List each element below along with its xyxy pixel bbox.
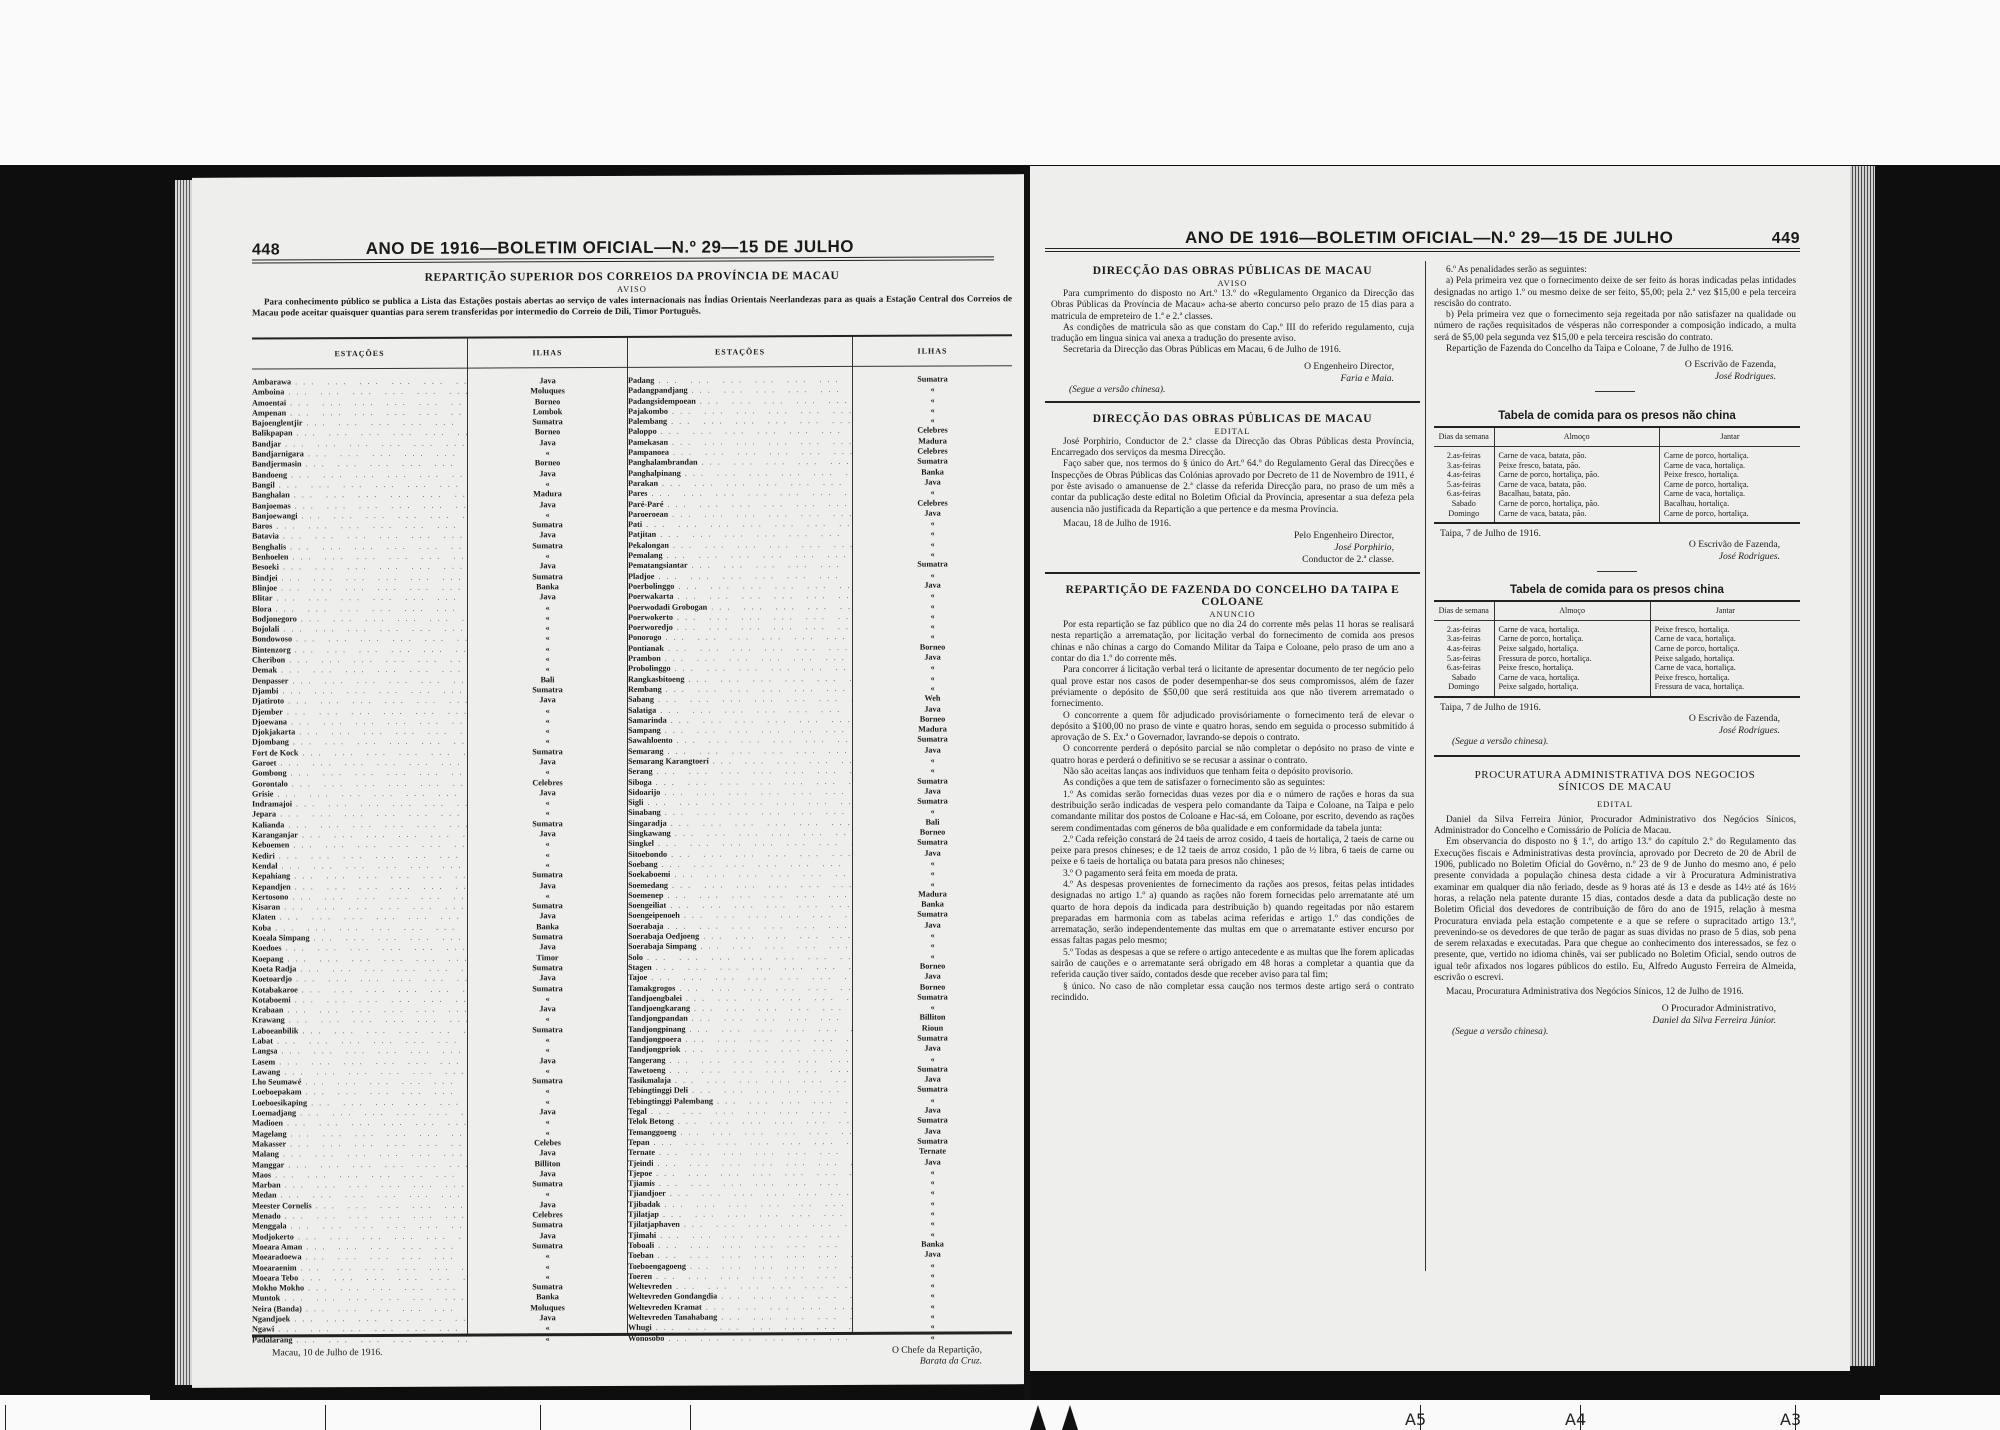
station-name: Bodjonegoro xyxy=(252,614,297,624)
station-name: Sinabang xyxy=(628,808,661,818)
table-title-nao-china: Tabela de comida para os presos não chin… xyxy=(1434,410,1800,422)
island-name: Madura xyxy=(853,889,1012,900)
paragraph: Macau, Procuratura Administrativa dos Ne… xyxy=(1434,987,1796,998)
paragraph: José Porphirio, Conductor de 2.ª classe … xyxy=(1051,437,1414,460)
island-name: « xyxy=(468,891,627,902)
leader-dots: ... ... ... ... ... ... ... xyxy=(296,1108,467,1119)
leader-dots: ... ... ... ... ... ... ... xyxy=(673,622,852,633)
footer-signature: O Chefe da Repartição, Barata da Cruz. xyxy=(892,1344,1012,1367)
table-row: 5.as-feirasCarne de vaca, batata, pão.Ca… xyxy=(1434,480,1800,490)
film-tick xyxy=(325,1405,326,1430)
station-name: Kisaran xyxy=(252,903,280,913)
island-name: « xyxy=(468,623,627,634)
island-name: « xyxy=(468,551,627,562)
page-number: 449 xyxy=(1772,230,1800,248)
leader-dots: ... ... ... ... ... ... ... xyxy=(690,1003,852,1014)
island-name: Sumatra xyxy=(468,983,627,994)
island-name: Sumatra xyxy=(468,747,627,758)
station-name: Bintenzorg xyxy=(252,645,291,655)
island-name: « xyxy=(468,850,627,861)
film-tick xyxy=(5,1405,6,1430)
station-name: Lho Seumawé xyxy=(252,1078,301,1089)
cell-day: Domingo xyxy=(1434,509,1494,524)
island-name: Java xyxy=(468,1200,627,1211)
island-name: « xyxy=(853,663,1012,674)
island-name: « xyxy=(853,683,1012,694)
station-name: Tandjongpoera xyxy=(628,1035,681,1046)
condition-6: 6.º As penalidades serão as seguintes: xyxy=(1434,265,1796,276)
table-row: SabadoCarne de vaca, hortaliça.Peixe fre… xyxy=(1434,673,1800,683)
film-frame-label: A4 xyxy=(1565,1410,1586,1429)
island-name: Celebres xyxy=(853,426,1012,437)
island-name: Java xyxy=(468,1056,627,1067)
cell-lunch: Peixe salgado, hortaliça. xyxy=(1494,682,1650,697)
station-name: Fort de Kock xyxy=(252,748,298,758)
table-row: 5.as-feirasFressura de porco, hortaliça.… xyxy=(1434,654,1800,664)
left-page: 448 ANO DE 1916—BOLETIM OFICIAL—N.º 29—1… xyxy=(192,174,1024,1388)
station-name: Paré-Paré xyxy=(628,499,663,509)
leader-dots: ... ... ... ... ... ... ... xyxy=(288,891,467,902)
station-name: Bindjei xyxy=(252,573,277,583)
station-name: Padang xyxy=(628,376,654,386)
station-name: Gombong xyxy=(252,769,287,779)
leader-dots: ... ... ... ... ... ... ... xyxy=(707,601,852,612)
island-name: Java xyxy=(853,920,1012,931)
island-name: « xyxy=(468,1189,627,1200)
station-name: Soerabaja Simpang xyxy=(628,942,696,953)
leader-dots: ... ... ... ... ... ... ... xyxy=(302,1087,467,1098)
island-name: Borneo xyxy=(853,642,1012,653)
station-name: Sampang xyxy=(628,726,661,736)
divider xyxy=(1597,571,1637,572)
station-name: Salatiga xyxy=(628,705,656,715)
leader-dots: ... ... ... ... ... ... ... xyxy=(302,1303,467,1314)
table-date: Taipa, 7 de Julho de 1916. xyxy=(1440,528,1800,539)
island-name: Java xyxy=(468,469,627,480)
station-name: Modjokerto xyxy=(252,1232,294,1242)
island-name: « xyxy=(853,1177,1012,1188)
column-header-stations: ESTAÇÕES xyxy=(252,339,467,370)
right-page: ANO DE 1916—BOLETIM OFICIAL—N.º 29—15 DE… xyxy=(1030,166,1850,1371)
cell-dinner: Bacalhau, hortaliça. xyxy=(1659,499,1800,509)
station-name: Pampanoea xyxy=(628,448,669,458)
island-name: « xyxy=(853,1002,1012,1013)
island-name: « xyxy=(853,673,1012,684)
island-name: Java xyxy=(853,580,1012,591)
col-header-days: Dias da semana xyxy=(1434,427,1494,446)
station-name: Serang xyxy=(628,767,653,777)
station-name: Benghalis xyxy=(252,542,286,552)
leader-dots: ... ... ... ... ... ... ... xyxy=(304,449,467,460)
station-name: Madioen xyxy=(252,1119,283,1129)
paragraph: Não são aceitas lanças aos individuos qu… xyxy=(1051,767,1414,778)
station-name: Koba xyxy=(252,923,271,933)
leader-dots: ... ... ... ... ... ... ... xyxy=(681,468,852,479)
station-name: Soengeiliat xyxy=(628,901,666,911)
paragraph: O concorrente perderá o depósito parcial… xyxy=(1051,744,1414,767)
island-name: « xyxy=(468,716,627,727)
island-name: « xyxy=(468,994,627,1005)
leader-dots: ... ... ... ... ... ... ... xyxy=(295,727,467,738)
island-name: Java xyxy=(468,1004,627,1015)
leader-dots: ... ... ... ... ... ... ... xyxy=(702,1302,852,1313)
food-table-nao-china: Dias da semana Almoço Jantar 2.as-feiras… xyxy=(1434,426,1800,524)
leader-dots: ... ... ... ... ... ... ... xyxy=(302,459,467,470)
island-name: « xyxy=(853,590,1012,601)
station-name: Kotaboemi xyxy=(252,995,291,1005)
station-name: Menggala xyxy=(252,1222,287,1232)
station-name: Toeban xyxy=(628,1251,654,1261)
station-name: Loeboesikaping xyxy=(252,1098,307,1109)
station-name: Sabang xyxy=(628,695,654,705)
station-name: Paloppo xyxy=(628,427,657,437)
table-row: 2.as-feirasCarne de vaca, batata, pão.Ca… xyxy=(1434,446,1800,460)
signature-name: Daniel da Silva Ferreira Júnior. xyxy=(1434,1015,1776,1027)
cell-lunch: Peixe salgado, hortaliça. xyxy=(1494,644,1650,654)
station-name: Lasem xyxy=(252,1057,275,1067)
island-name: « xyxy=(468,736,627,747)
stations-column-1: ESTAÇÕES Ambarawa... ... ... ... ... ...… xyxy=(252,339,467,1335)
island-name: Java xyxy=(468,499,627,510)
running-head-right: ANO DE 1916—BOLETIM OFICIAL—N.º 29—15 DE… xyxy=(1045,226,1800,252)
cell-dinner: Peixe fresco, hortaliça. xyxy=(1650,620,1800,634)
stations-table: ESTAÇÕES Ambarawa... ... ... ... ... ...… xyxy=(252,334,1012,1337)
right-page-column-2: 6.º As penalidades serão as seguintes: a… xyxy=(1425,261,1800,1271)
station-name: Blitar xyxy=(252,594,272,604)
station-name: Soemedang xyxy=(628,880,668,890)
section-type: EDITAL xyxy=(1434,799,1796,809)
island-name: « xyxy=(468,1097,627,1108)
station-name: Tandjongpinang xyxy=(628,1024,686,1035)
fazenda-anuncio-continued: 6.º As penalidades serão as seguintes: a… xyxy=(1434,261,1800,398)
station-name: Besoeki xyxy=(252,563,279,573)
island-name: Banka xyxy=(468,582,627,593)
island-name: « xyxy=(853,766,1012,777)
island-name: Java xyxy=(468,911,627,922)
station-name: Probolinggo xyxy=(628,664,671,674)
islands-column-2: ILHAS Sumatra««««CelebresMaduraCelebresS… xyxy=(852,336,1012,1332)
film-tick xyxy=(540,1405,541,1430)
station-name: Poerwodadi Grobogan xyxy=(628,602,707,613)
island-name: Java xyxy=(853,1044,1012,1055)
cell-lunch: Peixe fresco, hortaliça. xyxy=(1494,663,1650,673)
island-name: Sumatra xyxy=(468,541,627,552)
station-name: Lawang xyxy=(252,1067,280,1077)
station-name: Pematangsiantar xyxy=(628,561,688,572)
station-name: Tandjongpandan xyxy=(628,1014,688,1025)
island-name: « xyxy=(853,529,1012,540)
section-type: AVISO xyxy=(1051,278,1414,288)
station-name: Tegal xyxy=(628,1107,647,1117)
cell-dinner: Peixe fresco, hortaliça. xyxy=(1659,470,1800,480)
station-name: Singkel xyxy=(628,839,654,849)
table-row: DomingoPeixe salgado, hortaliça.Fressura… xyxy=(1434,682,1800,697)
leader-dots: ... ... ... ... ... ... ... xyxy=(680,1219,852,1230)
island-name: Java xyxy=(853,1126,1012,1137)
station-name: Djoewana xyxy=(252,717,287,727)
station-name: Banjoemas xyxy=(252,501,291,511)
signature-name: Faria e Maia. xyxy=(1051,373,1394,385)
leader-dots: ... ... ... ... ... ... ... xyxy=(688,560,852,571)
station-name: Parakan xyxy=(628,479,658,489)
island-name: Celebes xyxy=(468,1138,627,1149)
station-name: Panghalpinang xyxy=(628,468,681,479)
leader-dots: ... ... ... ... ... ... ... xyxy=(307,1097,467,1108)
island-name: Java xyxy=(468,592,627,603)
leader-dots: ... ... ... ... ... ... ... xyxy=(310,933,467,944)
station-name: Tepan xyxy=(628,1138,650,1148)
island-name: Sumatra xyxy=(853,735,1012,746)
island-name: Sumatra xyxy=(853,1033,1012,1044)
island-name: Java xyxy=(853,704,1012,715)
leader-dots: ... ... ... ... ... ... ... xyxy=(298,830,467,841)
island-name: « xyxy=(853,539,1012,550)
leader-dots: ... ... ... ... ... ... ... xyxy=(289,840,467,851)
obras-publicas-edital: DIRECÇÃO DAS OBRAS PÚBLICAS DE MACAU EDI… xyxy=(1045,403,1420,574)
station-list: Ambarawa... ... ... ... ... ... ...Amboi… xyxy=(252,369,467,1346)
island-name: Java xyxy=(468,376,627,387)
island-name: « xyxy=(853,518,1012,529)
cell-lunch: Carne de vaca, batata, pão. xyxy=(1494,446,1659,460)
leader-dots: ... ... ... ... ... ... ... xyxy=(298,1272,467,1283)
island-name: Sumatra xyxy=(853,910,1012,921)
island-name: Java xyxy=(468,829,627,840)
island-name: Weh xyxy=(853,693,1012,704)
station-name: Poerwakarta xyxy=(628,592,673,602)
leader-dots: ... ... ... ... ... ... ... xyxy=(672,1281,852,1292)
island-name: Banka xyxy=(853,1239,1012,1250)
cell-day: 3.as-feiras xyxy=(1434,461,1494,471)
station-name: Tjepoe xyxy=(628,1169,652,1179)
island-name: « xyxy=(468,1086,627,1097)
leader-dots: ... ... ... ... ... ... ... xyxy=(699,931,852,942)
island-name: « xyxy=(468,839,627,850)
cell-day: 5.as-feiras xyxy=(1434,654,1494,664)
station-name: Ampenan xyxy=(252,408,286,418)
station-name: Kepandjen xyxy=(252,882,291,892)
island-name: Java xyxy=(853,1105,1012,1116)
station-name: Laboeanbilik xyxy=(252,1026,298,1036)
station-name: Cheribon xyxy=(252,655,285,665)
station-name: Paroeroean xyxy=(628,510,668,520)
signature-title: O Chefe da Repartição, xyxy=(892,1344,982,1355)
island-name: « xyxy=(853,1322,1012,1333)
cell-day: 6.as-feiras xyxy=(1434,489,1494,499)
page-edges-right xyxy=(1850,166,1875,1366)
col-header-dinner: Jantar xyxy=(1659,427,1800,446)
island-name: Java xyxy=(468,880,627,891)
table-date: Taipa, 7 de Julho de 1916. xyxy=(1440,702,1800,713)
station-name: Tawetoeng xyxy=(628,1066,665,1076)
station-name: Tjilatjaphaven xyxy=(628,1220,680,1231)
island-name: « xyxy=(853,858,1012,869)
station-name: Demak xyxy=(252,666,277,676)
island-name: « xyxy=(853,385,1012,396)
station-name: Benhoelen xyxy=(252,552,288,562)
leader-dots: ... ... ... ... ... ... ... xyxy=(686,1024,853,1035)
cell-lunch: Carne de vaca, batata, pão. xyxy=(1494,480,1659,490)
station-name: Manggar xyxy=(252,1160,284,1170)
paragraph: Secretaria da Direcção das Obras Pública… xyxy=(1051,345,1414,356)
island-name: Borneo xyxy=(853,982,1012,993)
island-name: Borneo xyxy=(853,961,1012,972)
island-name: Sumatra xyxy=(853,1136,1012,1147)
chinese-version-note: (Segue a versão chinesa). xyxy=(1051,385,1414,395)
station-name: Banjoewangi xyxy=(252,511,298,521)
leader-dots: ... ... ... ... ... ... ... xyxy=(673,612,852,623)
leader-dots: ... ... ... ... ... ... ... xyxy=(292,634,467,645)
island-name: « xyxy=(468,1251,627,1262)
island-name: « xyxy=(853,488,1012,499)
station-name: Stagen xyxy=(628,963,652,973)
island-name: Java xyxy=(853,745,1012,756)
leader-dots: ... ... ... ... ... ... ... xyxy=(296,964,467,975)
island-name: Banka xyxy=(853,899,1012,910)
island-name: Sumatra xyxy=(468,1025,627,1036)
station-name: Djambi xyxy=(252,686,278,696)
station-name: Padangpandjang xyxy=(628,386,688,397)
signature: O Engenheiro Director, Faria e Maia. xyxy=(1051,361,1414,385)
leader-dots: ... ... ... ... ... ... ... xyxy=(688,1013,852,1024)
station-name: Ternate xyxy=(628,1148,655,1158)
island-name: « xyxy=(468,1035,627,1046)
station-name: Moearadoewa xyxy=(252,1253,302,1264)
island-name: « xyxy=(468,798,627,809)
island-name: Borneo xyxy=(468,397,627,408)
island-name: Java xyxy=(468,561,627,572)
island-name: Sumatra xyxy=(468,1282,627,1293)
signature: O Escrivão de Fazenda, José Rodrigues. xyxy=(1434,359,1796,383)
leader-dots: ... ... ... ... ... ... ... xyxy=(304,1283,467,1294)
island-name: Java xyxy=(468,1169,627,1180)
island-name: Sumatra xyxy=(468,1076,627,1087)
leader-dots: ... ... ... ... ... ... ... xyxy=(288,552,467,563)
station-name: Garoet xyxy=(252,758,276,768)
station-name: Tjimahi xyxy=(628,1230,656,1240)
leader-dots: ... ... ... ... ... ... ... xyxy=(298,510,468,521)
station-name: Weltevreden xyxy=(628,1282,672,1292)
cell-day: 3.as-feiras xyxy=(1434,634,1494,644)
film-frame-label: A5 xyxy=(1405,1410,1426,1429)
station-name: Langsa xyxy=(252,1047,277,1057)
table-row: 3.as-feirasCarne de porco, hortaliça.Car… xyxy=(1434,634,1800,644)
island-name: Moluques xyxy=(468,386,627,397)
cell-lunch: Carne de vaca, hortaliça. xyxy=(1494,673,1650,683)
signature-title: O Engenheiro Director, xyxy=(1304,361,1394,372)
island-name: « xyxy=(853,868,1012,879)
station-name: Denpasser xyxy=(252,676,288,686)
island-name: Banka xyxy=(468,1292,627,1303)
island-name: Sumatra xyxy=(853,796,1012,807)
island-name: Java xyxy=(468,1107,627,1118)
island-name: « xyxy=(468,602,627,613)
island-name: Bali xyxy=(468,675,627,686)
island-name: Java xyxy=(853,848,1012,859)
table-row: 3.as-feirasPeixe fresco, batata, pão.Car… xyxy=(1434,461,1800,471)
leader-dots: ... ... ... ... ... ... ... xyxy=(291,994,467,1005)
island-name: « xyxy=(853,1167,1012,1178)
notice-date: Macau, 18 de Julho de 1916. xyxy=(1051,519,1414,530)
island-name: « xyxy=(468,1117,627,1128)
island-name: Banka xyxy=(468,922,627,933)
island-name: Madura xyxy=(468,489,627,500)
station-name: Toboali xyxy=(628,1241,654,1251)
station-name: Makasser xyxy=(252,1139,286,1149)
station-name: Maos xyxy=(252,1170,271,1180)
station-name: Ponorogo xyxy=(628,633,662,643)
station-name: Baros xyxy=(252,522,272,532)
obras-publicas-aviso: DIRECÇÃO DAS OBRAS PÚBLICAS DE MACAU AVI… xyxy=(1045,261,1420,403)
station-name: Bandjar xyxy=(252,439,281,449)
island-name: « xyxy=(853,601,1012,612)
cell-dinner: Fressura de vaca, hortaliça. xyxy=(1650,682,1800,697)
island-name: Sumatra xyxy=(468,963,627,974)
island-name: Lombok xyxy=(468,407,627,418)
procuratura-edital: PROCURATURA ADMINISTRATIVA DOS NEGOCIOS … xyxy=(1434,761,1800,1043)
leader-dots: ... ... ... ... ... ... ... xyxy=(312,1200,467,1211)
station-name: Sitoebondo xyxy=(628,849,667,859)
cell-dinner: Peixe salgado, hortaliça. xyxy=(1650,654,1800,664)
island-name: « xyxy=(853,755,1012,766)
station-name: Djember xyxy=(252,707,283,717)
cell-lunch: Carne de porco, hortaliça, pão. xyxy=(1494,499,1659,509)
leader-dots: ... ... ... ... ... ... ... xyxy=(290,490,467,501)
island-name: « xyxy=(468,644,627,655)
station-name: Meester Cornelis xyxy=(252,1201,312,1212)
station-name: Amboina xyxy=(252,388,284,398)
signature: O Escrivão de Fazenda, José Rodrigues. xyxy=(1434,539,1800,563)
island-name: Celebres xyxy=(853,446,1012,457)
station-name: Tasikmalaja xyxy=(628,1076,671,1086)
island-name: « xyxy=(853,1095,1012,1106)
island-name: Sumatra xyxy=(853,1064,1012,1075)
station-name: Singaradja xyxy=(628,819,667,829)
station-list: Padang... ... ... ... ... ... ...Padangp… xyxy=(628,367,852,1344)
station-name: Tjeindi xyxy=(628,1158,653,1168)
island-name: Sumatra xyxy=(468,932,627,943)
leader-dots: ... ... ... ... ... ... ... xyxy=(713,1096,852,1107)
island-name: Java xyxy=(853,971,1012,982)
paragraph: O concorrente a quem fôr adjudicado prov… xyxy=(1051,711,1414,745)
island-name: Ternate xyxy=(853,1147,1012,1158)
station-name: Palembang xyxy=(628,417,667,427)
section-type: EDITAL xyxy=(1051,426,1414,436)
island-name: Sumatra xyxy=(468,572,627,583)
running-title: ANO DE 1916—BOLETIM OFICIAL—N.º 29—15 DE… xyxy=(1185,228,1673,248)
island-name: « xyxy=(468,1045,627,1056)
station-name: Kepahiang xyxy=(252,872,290,882)
station-name: Toeboengagoeng xyxy=(628,1261,686,1272)
island-name: Billiton xyxy=(468,1158,627,1169)
island-name: « xyxy=(853,807,1012,818)
signature-name: Barata da Cruz. xyxy=(892,1355,982,1366)
station-name: Rangkasbitoeng xyxy=(628,674,684,685)
paragraph: Por esta repartição se faz público que n… xyxy=(1051,620,1414,665)
station-name: Bandjermasin xyxy=(252,460,302,471)
film-margin-bottom xyxy=(0,1395,2000,1430)
station-row: Wonosobo... ... ... ... ... ... ... xyxy=(628,1333,852,1344)
station-name: Singkawang xyxy=(628,829,671,839)
island-name: Java xyxy=(468,1231,627,1242)
signature-name: José Rodrigues. xyxy=(1434,371,1776,383)
station-name: Medan xyxy=(252,1191,277,1201)
cell-dinner: Carne de vaca, hortaliça. xyxy=(1659,461,1800,471)
cell-day: 4.as-feiras xyxy=(1434,644,1494,654)
island-name: Borneo xyxy=(853,827,1012,838)
cell-lunch: Carne de vaca, hortaliça. xyxy=(1494,620,1650,634)
section-title: REPARTIÇÃO DE FAZENDA DO CONCELHO DA TAI… xyxy=(1051,584,1414,608)
leader-dots: ... ... ... ... ... ... ... xyxy=(289,737,467,748)
